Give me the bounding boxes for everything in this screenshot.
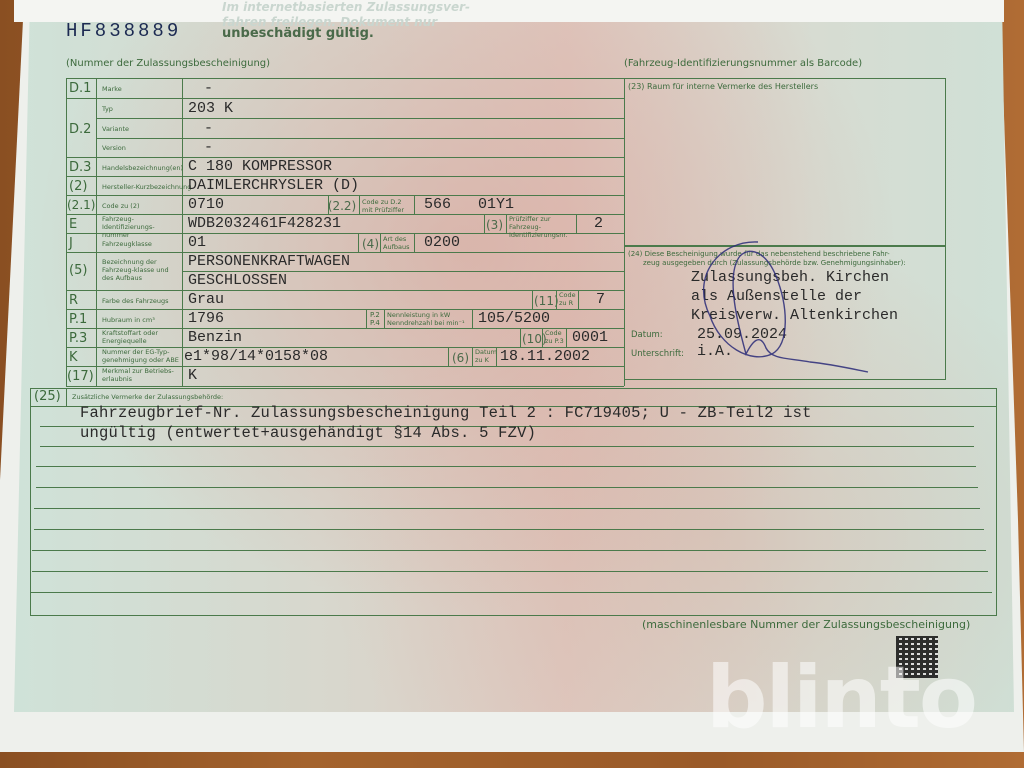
- field-value-fin: WDB2032461F428231: [188, 215, 341, 232]
- handwritten-signature: [680, 236, 880, 376]
- field-value-eg-typ: e1*98/14*0158*08: [184, 348, 328, 365]
- barcode-caption: (Fahrzeug-Identifizierungsnummer als Bar…: [624, 58, 862, 69]
- field-label-farbe: Farbe des Fahrzeugs: [102, 297, 169, 305]
- field-code-4: (4): [362, 237, 379, 251]
- certificate-number-caption: (Nummer der Zulassungsbescheinigung): [66, 58, 270, 69]
- field-label-version: Version: [102, 144, 126, 152]
- field-code-2-1: (2.1): [67, 198, 95, 212]
- field-label-fin: Fahrzeug-Identifizierungs-nummer: [102, 215, 180, 239]
- field-value-klasse-line1: PERSONENKRAFTWAGEN: [188, 253, 350, 270]
- field-code-3: (3): [486, 218, 503, 232]
- field-value-variante: -: [204, 120, 213, 137]
- field-value-pruefziffer: 2: [594, 215, 603, 232]
- field-code-5: (5): [69, 263, 87, 278]
- field-value-version: -: [204, 139, 213, 156]
- field-code-e: E: [69, 217, 77, 232]
- field-label-eg-typ: Nummer der EG-Typ-genehmigung oder ABE: [102, 348, 180, 364]
- watermark-logo: blinto: [706, 648, 976, 748]
- field-label-hersteller: Hersteller-Kurzbezeichnung: [102, 183, 191, 191]
- notice-line-1: Im internetbasierten Zulassungsver-: [222, 0, 470, 14]
- field-value-datum-k: 18.11.2002: [500, 348, 590, 365]
- security-notice-faded: Im internetbasierten Zulassungsver- fahr…: [222, 0, 470, 29]
- manufacturer-notes-box: (23) Raum für interne Vermerke des Herst…: [624, 78, 946, 246]
- remark-line-1: Fahrzeugbrief-Nr. Zulassungsbescheinigun…: [80, 404, 812, 422]
- field-value-hersteller: DAIMLERCHRYSLER (D): [188, 177, 359, 194]
- field-label-kraftstoff: Kraftstoffart oder Energiequelle: [102, 329, 180, 345]
- field-label-pruefziffer: Prüfziffer zur Fahrzeug-Identifizierungs…: [509, 215, 575, 239]
- top-band: [14, 0, 1004, 22]
- field-label-typ: Typ: [102, 105, 113, 113]
- certificate-number: HF838889: [66, 20, 181, 42]
- field-value-leistung: 105/5200: [478, 310, 550, 327]
- machine-readable-caption: (maschinenlesbare Nummer der Zulassungsb…: [642, 618, 970, 631]
- field-code-k: K: [69, 350, 78, 365]
- field-label-fahrzeugklasse: Fahrzeugklasse: [102, 240, 152, 248]
- field-value-farbe: Grau: [188, 291, 224, 308]
- field-label-bezeichnung-klasse: Bezeichnung der Fahrzeug-klasse und des …: [102, 258, 180, 282]
- signature-label: Unterschrift:: [631, 350, 684, 358]
- field-code-d3: D.3: [69, 160, 91, 175]
- validity-notice: unbeschädigt gültig.: [222, 26, 374, 41]
- field-value-typ: 203 K: [188, 100, 233, 117]
- field-label-datum-k: Datum zu K: [475, 348, 497, 364]
- field-value-fahrzeugklasse: 01: [188, 234, 206, 251]
- remarks-section: (25) Zusätzliche Vermerke der Zulassungs…: [30, 388, 996, 616]
- field-code-r: R: [69, 293, 78, 308]
- field-value-marke: -: [204, 80, 213, 97]
- field-value-code-r: 7: [596, 291, 605, 308]
- remark-line-2: ungültig (entwertet+ausgehändigt §14 Abs…: [80, 424, 536, 442]
- field-label-nenndrehzahl: Nenndrehzahl bei min⁻¹: [387, 319, 465, 327]
- field-label-merkmal: Merkmal zur Betriebs-erlaubnis: [102, 367, 180, 383]
- field-label-code-r: Code zu R: [559, 291, 579, 307]
- field-label-code-d2: Code zu D.2 mit Prüfziffer: [362, 198, 412, 214]
- field-code-d2: D.2: [69, 122, 91, 137]
- date-label: Datum:: [631, 331, 663, 339]
- field-code-p1: P.1: [69, 312, 87, 327]
- field-value-art-aufbau: 0200: [424, 234, 460, 251]
- field-label-handelsbezeichnung: Handelsbezeichnung(en): [102, 164, 183, 172]
- field-label-code-2: Code zu (2): [102, 202, 140, 210]
- field-code-j: J: [69, 236, 73, 251]
- manufacturer-notes-label: (23) Raum für interne Vermerke des Herst…: [628, 83, 818, 91]
- field-label-hubraum: Hubraum in cm³: [102, 316, 155, 324]
- field-value-code-d2: 566 01Y1: [424, 196, 514, 213]
- field-code-d1: D.1: [69, 81, 91, 96]
- field-label-variante: Variante: [102, 125, 129, 133]
- field-label-art-aufbau: Art des Aufbaus: [383, 235, 413, 251]
- field-code-17: (17): [67, 369, 94, 384]
- field-code-25: (25): [34, 389, 61, 404]
- field-code-2: (2): [69, 179, 87, 194]
- field-value-code-p3: 0001: [572, 329, 608, 346]
- field-code-p4: P.4: [370, 319, 380, 327]
- field-label-vermerke: Zusätzliche Vermerke der Zulassungsbehör…: [72, 393, 223, 401]
- field-code-6: (6): [452, 351, 469, 365]
- field-code-2-2: (2.2): [322, 199, 362, 213]
- field-code-p2: P.2: [370, 311, 380, 319]
- field-value-merkmal: K: [188, 367, 197, 384]
- field-label-marke: Marke: [102, 85, 122, 93]
- field-value-kraftstoff: Benzin: [188, 329, 242, 346]
- field-code-11: (11): [534, 294, 559, 308]
- field-label-nennleistung: Nennleistung in kW: [387, 311, 450, 319]
- field-value-hubraum: 1796: [188, 310, 224, 327]
- field-label-code-p3: Code zu P.3: [545, 329, 567, 345]
- field-code-p3: P.3: [69, 331, 87, 346]
- field-value-klasse-line2: GESCHLOSSEN: [188, 272, 287, 289]
- field-value-handelsbezeichnung: C 180 KOMPRESSOR: [188, 158, 332, 175]
- field-value-code-2: 0710: [188, 196, 224, 213]
